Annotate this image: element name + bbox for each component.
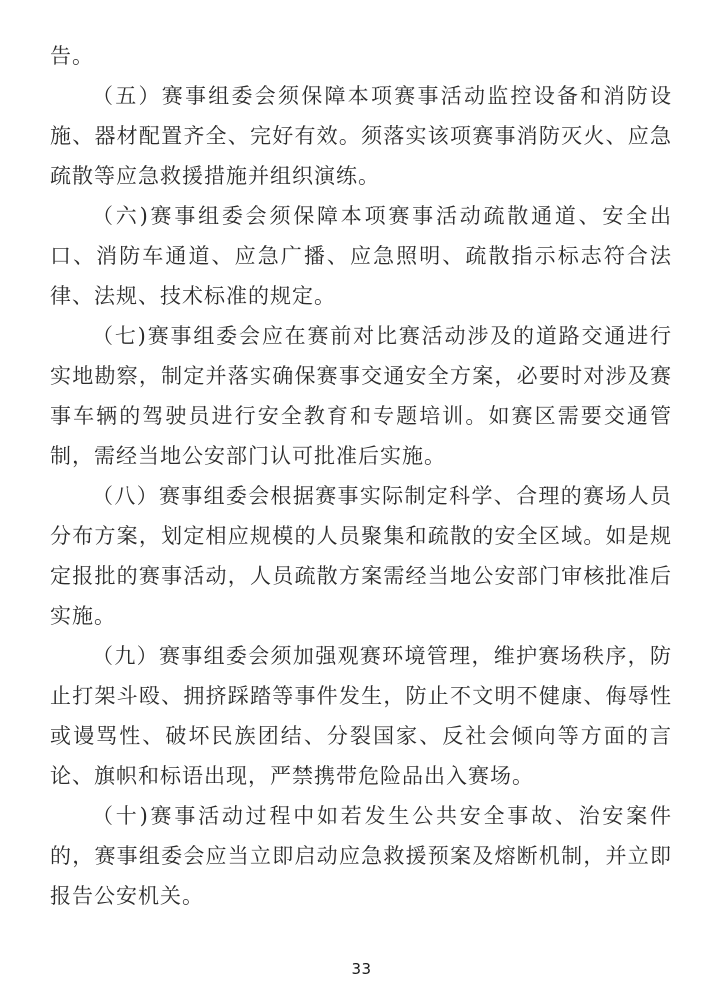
paragraph-item-8: （八）赛事组委会根据赛事实际制定科学、合理的赛场人员分布方案，划定相应规模的人员… [50, 476, 672, 636]
paragraph-continuation: 告。 [50, 36, 672, 76]
page-number: 33 [0, 960, 723, 978]
paragraph-item-5: （五）赛事组委会须保障本项赛事活动监控设备和消防设施、器材配置齐全、完好有效。须… [50, 76, 672, 196]
paragraph-item-9: （九）赛事组委会须加强观赛环境管理，维护赛场秩序，防止打架斗殴、拥挤踩踏等事件发… [50, 636, 672, 796]
paragraph-item-7: （七)赛事组委会应在赛前对比赛活动涉及的道路交通进行实地勘察，制定并落实确保赛事… [50, 316, 672, 476]
paragraph-item-10: （十)赛事活动过程中如若发生公共安全事故、治安案件的，赛事组委会应当立即启动应急… [50, 796, 672, 916]
document-page: 告。 （五）赛事组委会须保障本项赛事活动监控设备和消防设施、器材配置齐全、完好有… [0, 0, 723, 1008]
paragraph-item-6: （六)赛事组委会须保障本项赛事活动疏散通道、安全出口、消防车通道、应急广播、应急… [50, 196, 672, 316]
document-body: 告。 （五）赛事组委会须保障本项赛事活动监控设备和消防设施、器材配置齐全、完好有… [50, 36, 672, 916]
